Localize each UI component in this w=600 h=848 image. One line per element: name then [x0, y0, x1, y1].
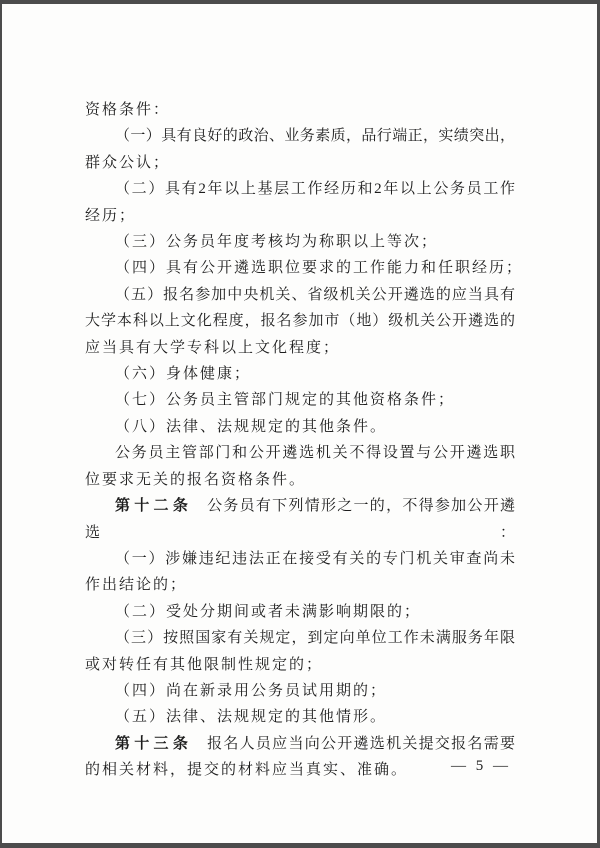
document-body-text: 资格条件： （一）具有良好的政治、业务素质，品行端正，实绩突出， 群众公认； （…	[85, 97, 515, 784]
text-line: （五）法律、法规规定的其他情形。	[85, 704, 515, 730]
text-line: （一）具有良好的政治、业务素质，品行端正，实绩突出，	[85, 123, 515, 149]
text-line: （一）涉嫌违纪违法正在接受有关的专门机关审查尚未	[85, 546, 515, 572]
text-line: 位要求无关的报名资格条件。	[85, 467, 515, 493]
text-line: 经历；	[85, 203, 515, 229]
scanned-page-frame: { "document": { "page_number": "— 5 —", …	[0, 0, 600, 848]
article-number-bold: 第十三条	[115, 736, 192, 752]
text-line: 应当具有大学专科以上文化程度；	[85, 335, 515, 361]
text-line: （七）公务员主管部门规定的其他资格条件；	[85, 387, 515, 413]
text-line: （三）公务员年度考核均为称职以上等次；	[85, 229, 515, 255]
text-line: （六）身体健康；	[85, 361, 515, 387]
text-line: 作出结论的；	[85, 572, 515, 598]
text-line: （二）具有2年以上基层工作经历和2年以上公务员工作	[85, 176, 515, 202]
document-page: 资格条件： （一）具有良好的政治、业务素质，品行端正，实绩突出， 群众公认； （…	[2, 4, 597, 843]
article-number-bold: 第十二条	[115, 498, 192, 514]
text-line: 公务员主管部门和公开遴选机关不得设置与公开遴选职	[85, 440, 515, 466]
text-line: （四）尚在新录用公务员试用期的；	[85, 678, 515, 704]
text-line: （四）具有公开遴选职位要求的工作能力和任职经历；	[85, 255, 515, 281]
text-line: 群众公认；	[85, 150, 515, 176]
text-line: （五）报名参加中央机关、省级机关公开遴选的应当具有	[85, 282, 515, 308]
text-line: 资格条件：	[85, 97, 515, 123]
text-line: （三）按照国家有关规定，到定向单位工作未满服务年限	[85, 625, 515, 651]
text-line-article-13: 第十三条报名人员应当向公开遴选机关提交报名需要	[85, 731, 515, 757]
page-number: — 5 —	[2, 758, 511, 775]
text-line: （八）法律、法规规定的其他条件。	[85, 414, 515, 440]
text-line-article-12: 第十二条公务员有下列情形之一的，不得参加公开遴选：	[85, 493, 515, 546]
text-line: 大学本科以上文化程度，报名参加市（地）级机关公开遴选的	[85, 308, 515, 334]
text-line: （二）受处分期间或者未满影响期限的；	[85, 599, 515, 625]
text-line: 或对转任有其他限制性规定的；	[85, 652, 515, 678]
